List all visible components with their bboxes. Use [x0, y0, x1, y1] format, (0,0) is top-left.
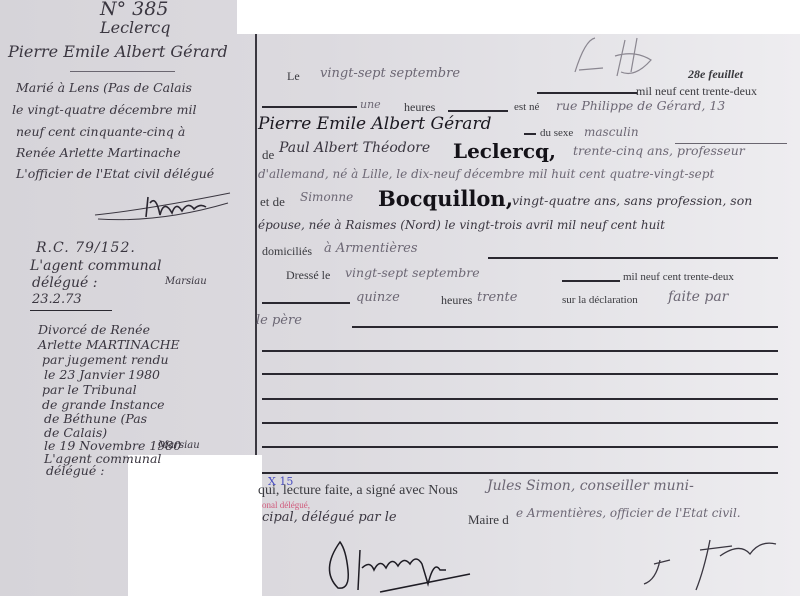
sex-value: masculin	[584, 125, 639, 139]
blank-line	[262, 472, 778, 474]
rule	[262, 302, 350, 304]
divorce-note-line: par jugement rendu	[42, 352, 169, 367]
blank-line	[262, 350, 778, 352]
marriage-note-line: Renée Arlette Martinache	[16, 145, 181, 160]
divorce-signature: Marsiau	[158, 440, 200, 451]
margin-title-rule	[70, 71, 175, 72]
domicile-label: domiciliés	[262, 244, 312, 259]
divorce-note-line: délégué :	[46, 463, 104, 478]
mother-surname: Bocquillon,	[378, 186, 513, 211]
folio-label: 28e feuillet	[688, 67, 743, 82]
divorce-note-line: par le Tribunal	[42, 382, 137, 397]
rule	[262, 106, 357, 108]
father-details: trente-cinq ans, professeur	[573, 143, 745, 158]
rule	[562, 280, 620, 282]
red-stamp-text: onal délégué,	[262, 500, 310, 510]
born-label: est né	[514, 101, 539, 113]
margin-given-names: Pierre Emile Albert Gérard	[8, 42, 228, 61]
birth-place: rue Philippe de Gérard, 13	[556, 98, 725, 113]
divorce-note-line: de Béthune (Pas	[44, 411, 147, 426]
margin-surname: Leclercq	[100, 18, 171, 37]
father-details: d'allemand, né à Lille, le dix-neuf déce…	[258, 167, 714, 181]
child-name: Pierre Emile Albert Gérard	[258, 114, 491, 134]
rule	[448, 110, 508, 112]
father-surname: Leclercq,	[453, 139, 556, 163]
birth-date: vingt-sept septembre	[320, 66, 460, 81]
divorce-note-line: Arlette MARTINACHE	[38, 337, 180, 352]
record-number: N° 385	[100, 0, 168, 20]
rule	[537, 92, 637, 94]
blank-line	[262, 446, 778, 448]
rc-signature: Marsiau	[165, 276, 207, 287]
mother-prefix: et de	[260, 194, 285, 210]
mother-details: épouse, née à Raismes (Nord) le vingt-tr…	[258, 218, 665, 232]
declarant: le père	[256, 313, 302, 328]
marriage-note-line: neuf cent cinquante-cinq à	[16, 124, 185, 139]
official-name: Jules Simon, conseiller muni-	[487, 478, 694, 494]
blank-line	[352, 326, 778, 328]
signature-right-text: J. Simon	[660, 580, 664, 581]
divorce-note-line: Divorcé de Renée	[38, 322, 150, 337]
drawn-up-minutes: trente	[477, 290, 517, 305]
rc-note-line: 23.2.73	[32, 292, 82, 307]
marriage-note-line: L'officier de l'Etat civil délégué	[16, 166, 214, 181]
signature-right-icon	[600, 520, 800, 596]
blank-line	[262, 422, 778, 424]
declaration-by: faite par	[668, 289, 728, 305]
domicile-value: à Armentières	[324, 241, 418, 256]
drawn-up-year: mil neuf cent trente-deux	[623, 271, 734, 283]
rc-note-line: L'agent communal	[30, 258, 162, 274]
hour-label: heures	[404, 100, 435, 115]
margin-divider	[255, 34, 257, 455]
closing-text: qui, lecture faite, a signé avec Nous	[258, 483, 458, 499]
rc-note-line: délégué :	[32, 275, 97, 291]
official-office: e Armentières, officier de l'Etat civil.	[516, 506, 741, 520]
divorce-note-line: de grande Instance	[42, 397, 165, 412]
drawn-up-hour-label: heures	[441, 293, 472, 308]
father-prefix: de	[262, 147, 274, 163]
rc-note-line: R.C. 79/152.	[36, 240, 136, 256]
rule	[488, 257, 778, 259]
blank-line	[262, 373, 778, 375]
folio-initials-icon	[555, 32, 665, 82]
blank-region-bottom-left	[128, 455, 262, 596]
drawn-up-label: Dressé le	[286, 268, 330, 283]
father-given-names: Paul Albert Théodore	[279, 140, 430, 156]
rc-note-rule	[30, 310, 112, 311]
birth-year: mil neuf cent trente-deux	[636, 84, 757, 99]
sex-label: du sexe	[540, 127, 573, 139]
divorce-note-line: le 23 Janvier 1980	[44, 367, 160, 382]
drawn-up-hour: quinze	[356, 290, 400, 305]
marriage-signature-icon	[90, 185, 240, 230]
signature-left-text: A. Leclercq	[360, 580, 366, 581]
mother-details: vingt-quatre ans, sans profession, son	[512, 193, 752, 208]
marriage-note-line: Marié à Lens (Pas de Calais	[16, 80, 192, 95]
date-lead: Le	[287, 69, 300, 84]
birth-hour: une	[360, 98, 381, 111]
declaration-label: sur la déclaration	[562, 294, 638, 306]
rule	[524, 133, 536, 135]
mayor-label: Maire d	[468, 512, 509, 528]
official-title: cipal, délégué par le	[262, 510, 397, 525]
blank-line	[262, 398, 778, 400]
drawn-up-date: vingt-sept septembre	[345, 265, 480, 280]
mother-given-name: Simonne	[300, 190, 353, 204]
blank-region-top-right	[237, 0, 800, 34]
marriage-note-line: le vingt-quatre décembre mil	[12, 102, 196, 117]
signature-left-icon	[310, 530, 520, 596]
